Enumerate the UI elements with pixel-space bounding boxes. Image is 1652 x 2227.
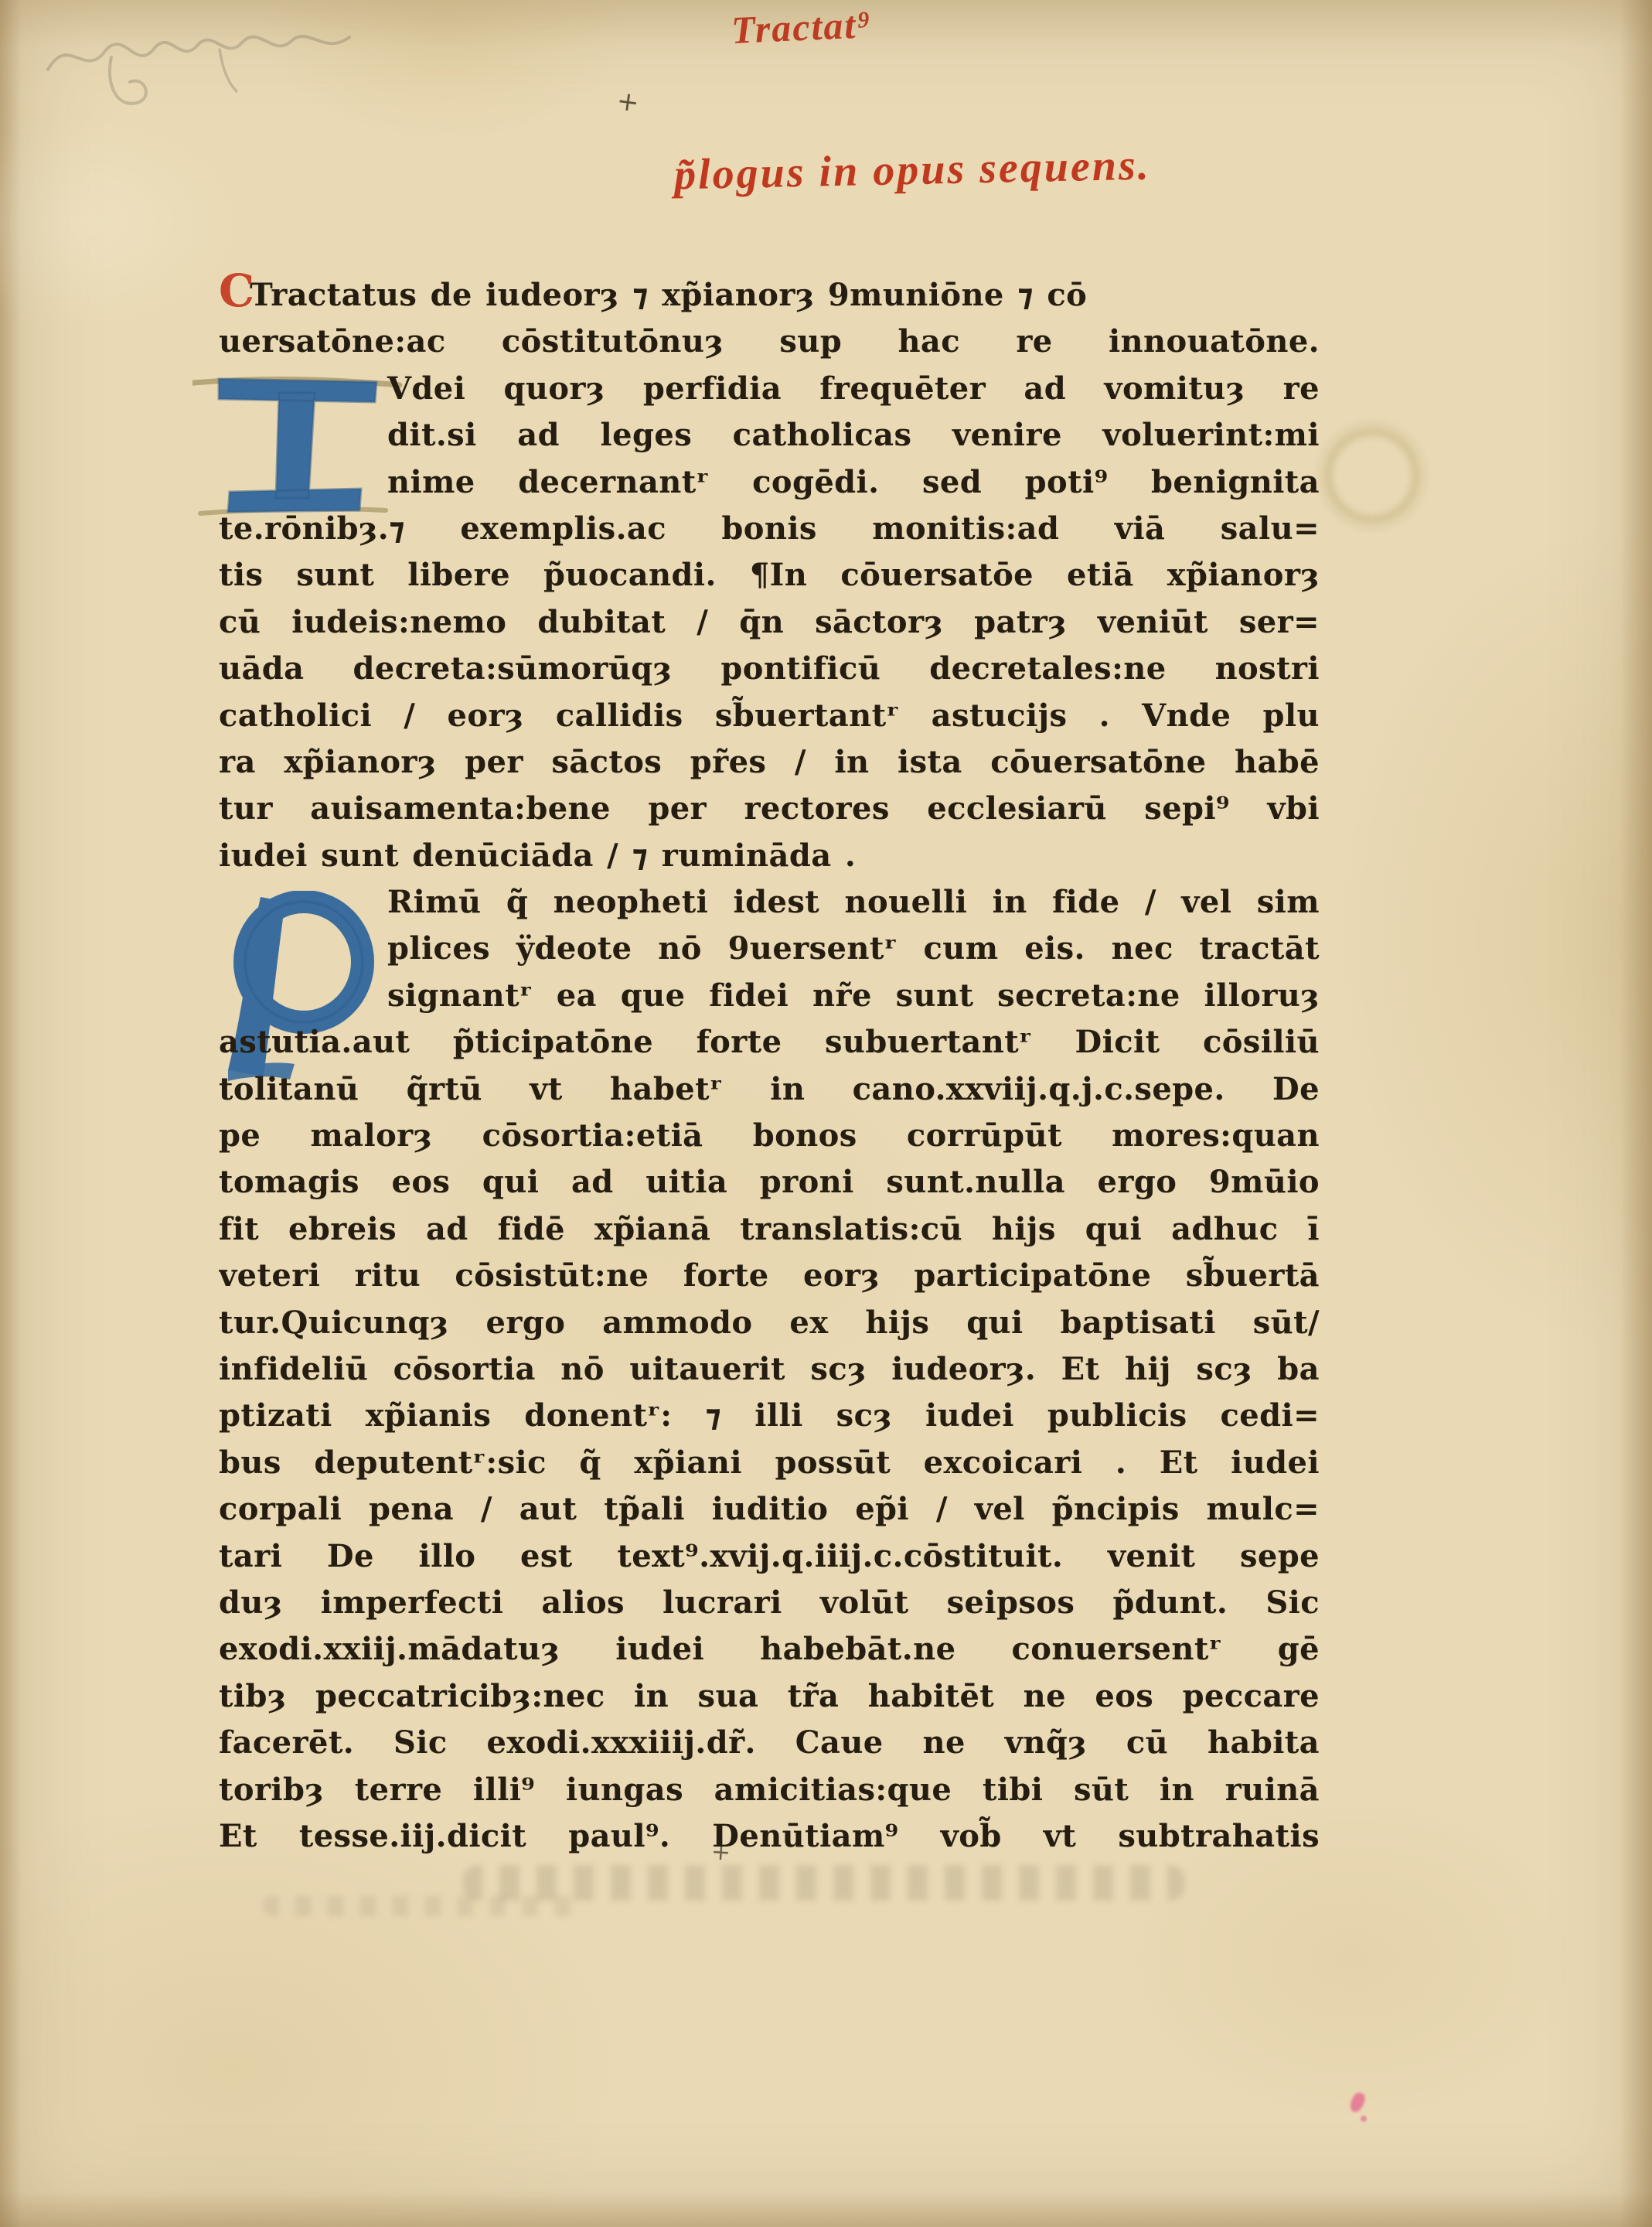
text-line: uersatōne:ac cōstitutōnuȝ sup hac re inn… — [219, 319, 1320, 365]
rubric-heading: p̃logus in opus sequens. — [673, 141, 1151, 200]
ink-showthrough — [263, 1896, 588, 1916]
text-line: Rimū q̃ neopheti idest nouelli in fide /… — [219, 879, 1320, 926]
text-line: duȝ imperfecti alios lucrari volūt seips… — [219, 1580, 1320, 1626]
pink-speck — [1348, 2091, 1367, 2114]
text-line: signantʳ ea que fidei nr̃e sunt secreta:… — [219, 973, 1320, 1019]
pencil-inscription — [37, 11, 362, 127]
text-line: tomagis eos qui ad uitia proni sunt.null… — [219, 1159, 1320, 1206]
text-line: catholici / eorȝ callidis sb̃uertantʳ as… — [219, 693, 1320, 739]
red-paragraph-mark: C — [219, 272, 255, 314]
text-line: Vdei quorȝ perfidia frequēter ad vomituȝ… — [219, 366, 1320, 412]
pink-speck — [1361, 2116, 1367, 2122]
text-line: bus deputentʳ:sic q̃ xp̃iani possūt exco… — [219, 1440, 1320, 1486]
text-line: tibȝ peccatricibȝ:nec in sua tr̃a habitē… — [219, 1673, 1320, 1720]
text-line: tur auisamenta:bene per rectores ecclesi… — [219, 786, 1320, 832]
text-line: ptizati xp̃ianis donentʳ: ⁊ illi scȝ iud… — [219, 1393, 1320, 1439]
ink-mark-top: + — [615, 85, 641, 119]
text-line: iudei sunt denūciāda / ⁊ rumināda . — [219, 833, 1320, 879]
text-line: tari De illo est text⁹.xvij.q.iiij.c.cōs… — [219, 1533, 1320, 1580]
text-line: facerēt. Sic exodi.xxxiiij.dr̃. Caue ne … — [219, 1720, 1320, 1766]
text-line: Et tesse.iij.dicit paul⁹. Denūtiam⁹ vob̃… — [219, 1813, 1320, 1860]
text-block: CTractatus de iudeorȝ ⁊ xp̃ianorȝ 9muniō… — [219, 272, 1320, 1860]
stain-ring — [1306, 410, 1438, 541]
text-line: CTractatus de iudeorȝ ⁊ xp̃ianorȝ 9muniō… — [219, 272, 1320, 319]
text-line: astutia.aut p̃ticipatōne forte subuertan… — [219, 1019, 1320, 1066]
text-line: plices ÿdeote nō 9uersentʳ cum eis. nec … — [219, 926, 1320, 972]
text-line: tis sunt libere p̃uocandi. ¶In cōuersatō… — [219, 552, 1320, 599]
text-line: toribȝ terre illi⁹ iungas amicitias:que … — [219, 1767, 1320, 1813]
text-line: te.rōnibȝ.⁊ exemplis.ac bonis monitis:ad… — [219, 506, 1320, 552]
text-line: pe malorȝ cōsortia:etiā bonos corrūpūt m… — [219, 1113, 1320, 1159]
text-line: tur.Quicunqȝ ergo ammodo ex hijs qui bap… — [219, 1300, 1320, 1346]
text-line: dit.si ad leges catholicas venire voluer… — [219, 412, 1320, 459]
text-line: infideliū cōsortia nō uitauerit scȝ iude… — [219, 1346, 1320, 1393]
text-line: ra xp̃ianorȝ per sāctos pr̃es / in ista … — [219, 739, 1320, 786]
text-line: uāda decreta:sūmorūqȝ pontificū decretal… — [219, 646, 1320, 692]
book-page: Tractat⁹ + + p̃logus in opus sequens. CT… — [0, 0, 1652, 2227]
text-line-content: Tractatus de iudeorȝ ⁊ xp̃ianorȝ 9muniōn… — [250, 277, 1087, 313]
text-line: fit ebreis ad fidē xp̃ianā translatis:cū… — [219, 1206, 1320, 1253]
text-line: nime decernantʳ cogēdi. sed poti⁹ benign… — [219, 459, 1320, 506]
text-lines-container: uersatōne:ac cōstitutōnuȝ sup hac re inn… — [219, 319, 1320, 1860]
manuscript-title-annotation: Tractat⁹ — [731, 2, 873, 53]
text-line: tolitanū q̃rtū vt habetʳ in cano.xxviij.… — [219, 1066, 1320, 1113]
text-line: veteri ritu cōsistūt:ne forte eorȝ parti… — [219, 1253, 1320, 1299]
text-line: exodi.xxiij.mādatuȝ iudei habebāt.ne con… — [219, 1626, 1320, 1673]
text-line: corpali pena / aut tp̃ali iuditio ep̃i /… — [219, 1486, 1320, 1533]
text-line: cū iudeis:nemo dubitat / q̄n sāctorȝ pat… — [219, 599, 1320, 646]
